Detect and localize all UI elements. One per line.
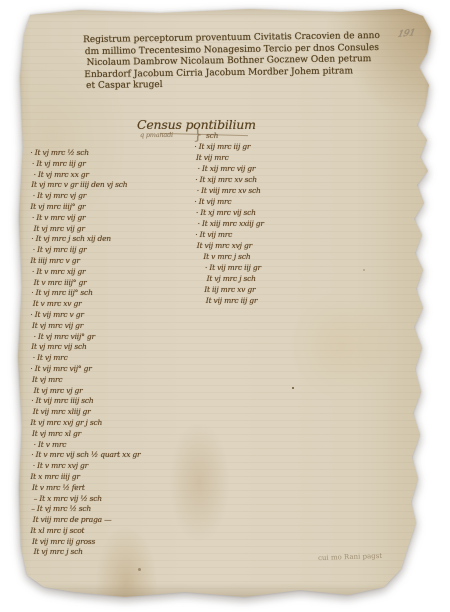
ledger-entry: It vj mrc j sch (34, 547, 143, 558)
ledger-entry: · It vj mrc iij gr (32, 159, 141, 170)
right-entry-column: · It xij mrc iij grIt vij mrc· It xij mr… (196, 141, 262, 306)
manuscript-page: 191 Registrum perceptorum proventuum Civ… (10, 7, 440, 601)
ledger-entry: It v mrc ½ fert (32, 483, 141, 494)
ledger-entry: · It vij mrc iij gr (205, 262, 262, 273)
ledger-entry: · It vij mrc iiij sch (31, 396, 140, 407)
ledger-entry: It vj mrc vij sch (31, 342, 140, 353)
ledger-entry: · It xj mrc vij sch (196, 207, 262, 218)
ledger-entry: · It v mrc vij gr (32, 213, 141, 224)
gloss-tail: sch (206, 131, 218, 140)
ledger-entry: · It vij mrc (194, 196, 260, 207)
ledger-entry: It iij mrc xv gr (204, 284, 261, 295)
ledger-entry: It viij mrc de praga — (33, 515, 142, 526)
ledger-entry: It v mrc xv gr (33, 299, 142, 310)
ledger-entry: · It xij mrc iij gr (194, 141, 260, 152)
folio-number: 191 (397, 28, 416, 40)
ledger-entry: It vj mrc vj gr (34, 386, 143, 397)
ledger-entry: It vj mrc j sch (207, 273, 264, 284)
ledger-entry: · It v mrc xvj gr (33, 461, 142, 472)
header-paragraph: Registrum perceptorum proventuum Civitat… (85, 31, 383, 93)
ledger-entry: It vj mrc xvj gr j sch (30, 418, 139, 429)
ledger-entry: It vj mrc vij gr (34, 224, 143, 235)
ink-speck (292, 387, 294, 389)
ledger-entry: It vj mrc (32, 375, 141, 386)
ink-speck (363, 269, 365, 271)
ledger-entry: It xl mrc ij scot (30, 526, 139, 537)
ledger-entry: · It v mrc vij sch ½ quart xx gr (31, 450, 140, 461)
ledger-entry: · It vj mrc iij° sch (31, 288, 140, 299)
scan-background: 191 Registrum perceptorum proventuum Civ… (0, 0, 450, 612)
left-entry-column: · It vj mrc ½ sch· It vj mrc iij gr· It … (32, 148, 141, 558)
ledger-entry: · It vij mrc vij° gr (30, 364, 139, 375)
parchment-sheet: 191 Registrum perceptorum proventuum Civ… (10, 7, 440, 601)
ledger-entry: · It vj mrc viij° gr (34, 332, 143, 343)
bottom-right-annotation: cui mo Rani pagst (318, 552, 382, 562)
ledger-entry: · It xij mrc xv sch (195, 174, 261, 185)
ledger-entry: It vij mrc xliij gr (33, 407, 142, 418)
ink-speck (138, 568, 141, 571)
ledger-entry: It x mrc iiij gr (30, 472, 139, 483)
ledger-entry: – It x mrc vij ½ sch (34, 494, 143, 505)
ledger-entry: · It viij mrc xv sch (197, 185, 263, 196)
ledger-entry: · It vij mrc v gr (30, 310, 139, 321)
ledger-entry: It vij mrc (196, 152, 262, 163)
ledger-entry: It vj mrc xl gr (32, 429, 141, 440)
ledger-entry: It vij mrc iij gr (206, 295, 263, 306)
heading-flourish-line (160, 133, 248, 136)
ledger-entry: · It xiij mrc xxiij gr (198, 218, 264, 229)
ledger-entry: It vj mrc vij gr (32, 321, 141, 332)
ledger-entry: It v mrc iiij° gr (34, 278, 143, 289)
ledger-entry: · It vj mrc j sch xij den (31, 234, 140, 245)
ledger-entry: · It vj mrc iij gr (33, 245, 142, 256)
ledger-entry: · It vj mrc ½ sch (30, 148, 139, 159)
ledger-entry: It v mrc j sch (203, 251, 260, 262)
ledger-entry: · It vj mrc xx gr (34, 170, 143, 181)
ledger-entry: It vj mrc v gr iiij den vj sch (31, 180, 140, 191)
ledger-entry: · It vj mrc vj gr (33, 191, 142, 202)
ledger-entry: – It vj mrc ½ sch (31, 504, 140, 515)
ledger-entry: · It xij mrc vij gr (198, 163, 264, 174)
ledger-entry: · It v mrc xij gr (32, 267, 141, 278)
ledger-entry: It iiij mrc v gr (30, 256, 139, 267)
ledger-entry: It vij mrc xvj gr (197, 240, 263, 251)
ledger-entry: · It vij mrc (195, 229, 261, 240)
ledger-entry: It vij mrc iij gross (32, 537, 141, 548)
ledger-entry: · It vj mrc (33, 353, 142, 364)
marginal-gloss: q pmanadi (140, 131, 173, 139)
ledger-entry: It vj mrc iiij° gr (30, 202, 139, 213)
ledger-entry: · It v mrc (34, 440, 143, 451)
